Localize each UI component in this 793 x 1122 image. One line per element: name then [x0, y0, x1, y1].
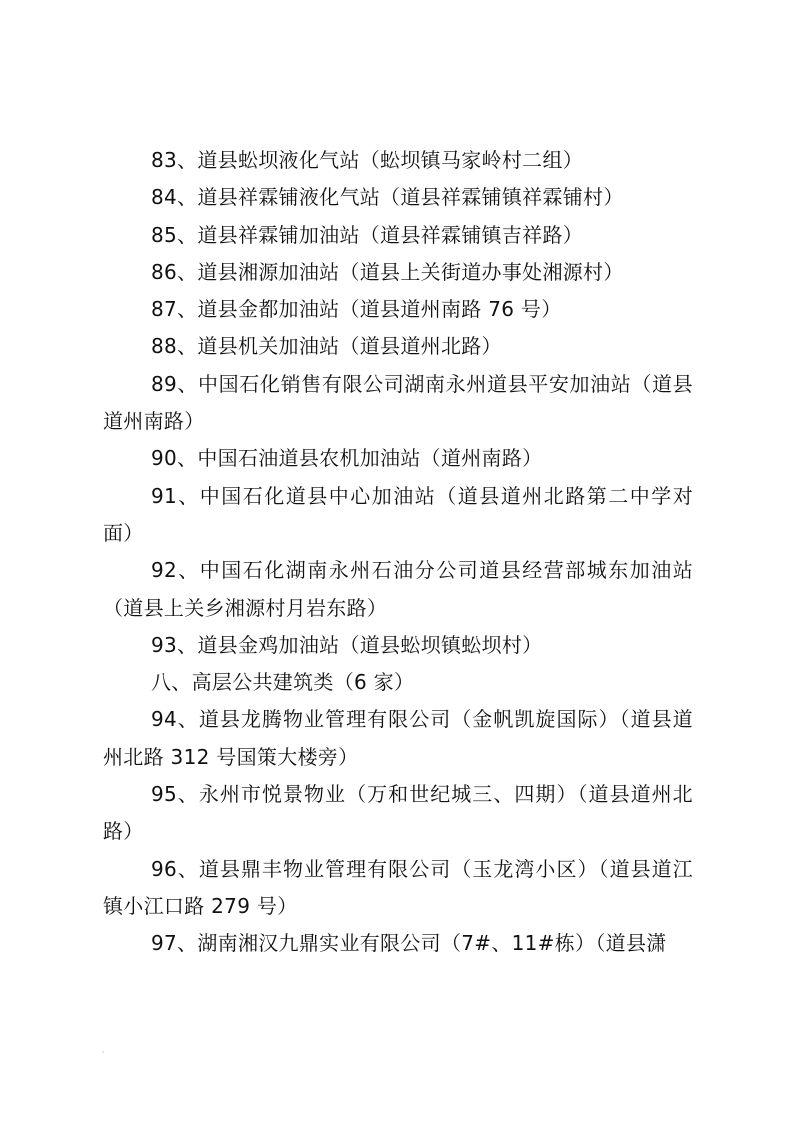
- list-item-95: 95、永州市悦景物业（万和世纪城三、四期）（道县道州北路）: [103, 776, 693, 851]
- list-item-97: 97、湖南湘汉九鼎实业有限公司（7#、11#栋）（道县潇: [103, 925, 693, 962]
- document-page: 83、道县蚣坝液化气站（蚣坝镇马家岭村二组） 84、道县祥霖铺液化气站（道县祥霖…: [103, 142, 693, 963]
- list-item-88: 88、道县机关加油站（道县道州北路）: [103, 328, 693, 365]
- list-item-89: 89、中国石化销售有限公司湖南永州道县平安加油站（道县道州南路）: [103, 366, 693, 441]
- list-item-94: 94、道县龙腾物业管理有限公司（金帆凯旋国际）（道县道州北路 312 号国策大楼…: [103, 701, 693, 776]
- list-item-96: 96、道县鼎丰物业管理有限公司（玉龙湾小区）（道县道江镇小江口路 279 号）: [103, 851, 693, 926]
- list-item-85: 85、道县祥霖铺加油站（道县祥霖铺镇吉祥路）: [103, 217, 693, 254]
- section-heading-high-rise-buildings: 八、高层公共建筑类（6 家）: [103, 664, 693, 701]
- list-item-83: 83、道县蚣坝液化气站（蚣坝镇马家岭村二组）: [103, 142, 693, 179]
- list-item-86: 86、道县湘源加油站（道县上关街道办事处湘源村）: [103, 254, 693, 291]
- list-item-87: 87、道县金都加油站（道县道州南路 76 号）: [103, 291, 693, 328]
- list-item-91: 91、中国石化道县中心加油站（道县道州北路第二中学对面）: [103, 478, 693, 553]
- list-item-93: 93、道县金鸡加油站（道县蚣坝镇蚣坝村）: [103, 627, 693, 664]
- scan-speck: [102, 1051, 104, 1053]
- list-item-84: 84、道县祥霖铺液化气站（道县祥霖铺镇祥霖铺村）: [103, 179, 693, 216]
- list-item-90: 90、中国石油道县农机加油站（道州南路）: [103, 440, 693, 477]
- list-item-92: 92、中国石化湖南永州石油分公司道县经营部城东加油站（道县上关乡湘源村月岩东路）: [103, 552, 693, 627]
